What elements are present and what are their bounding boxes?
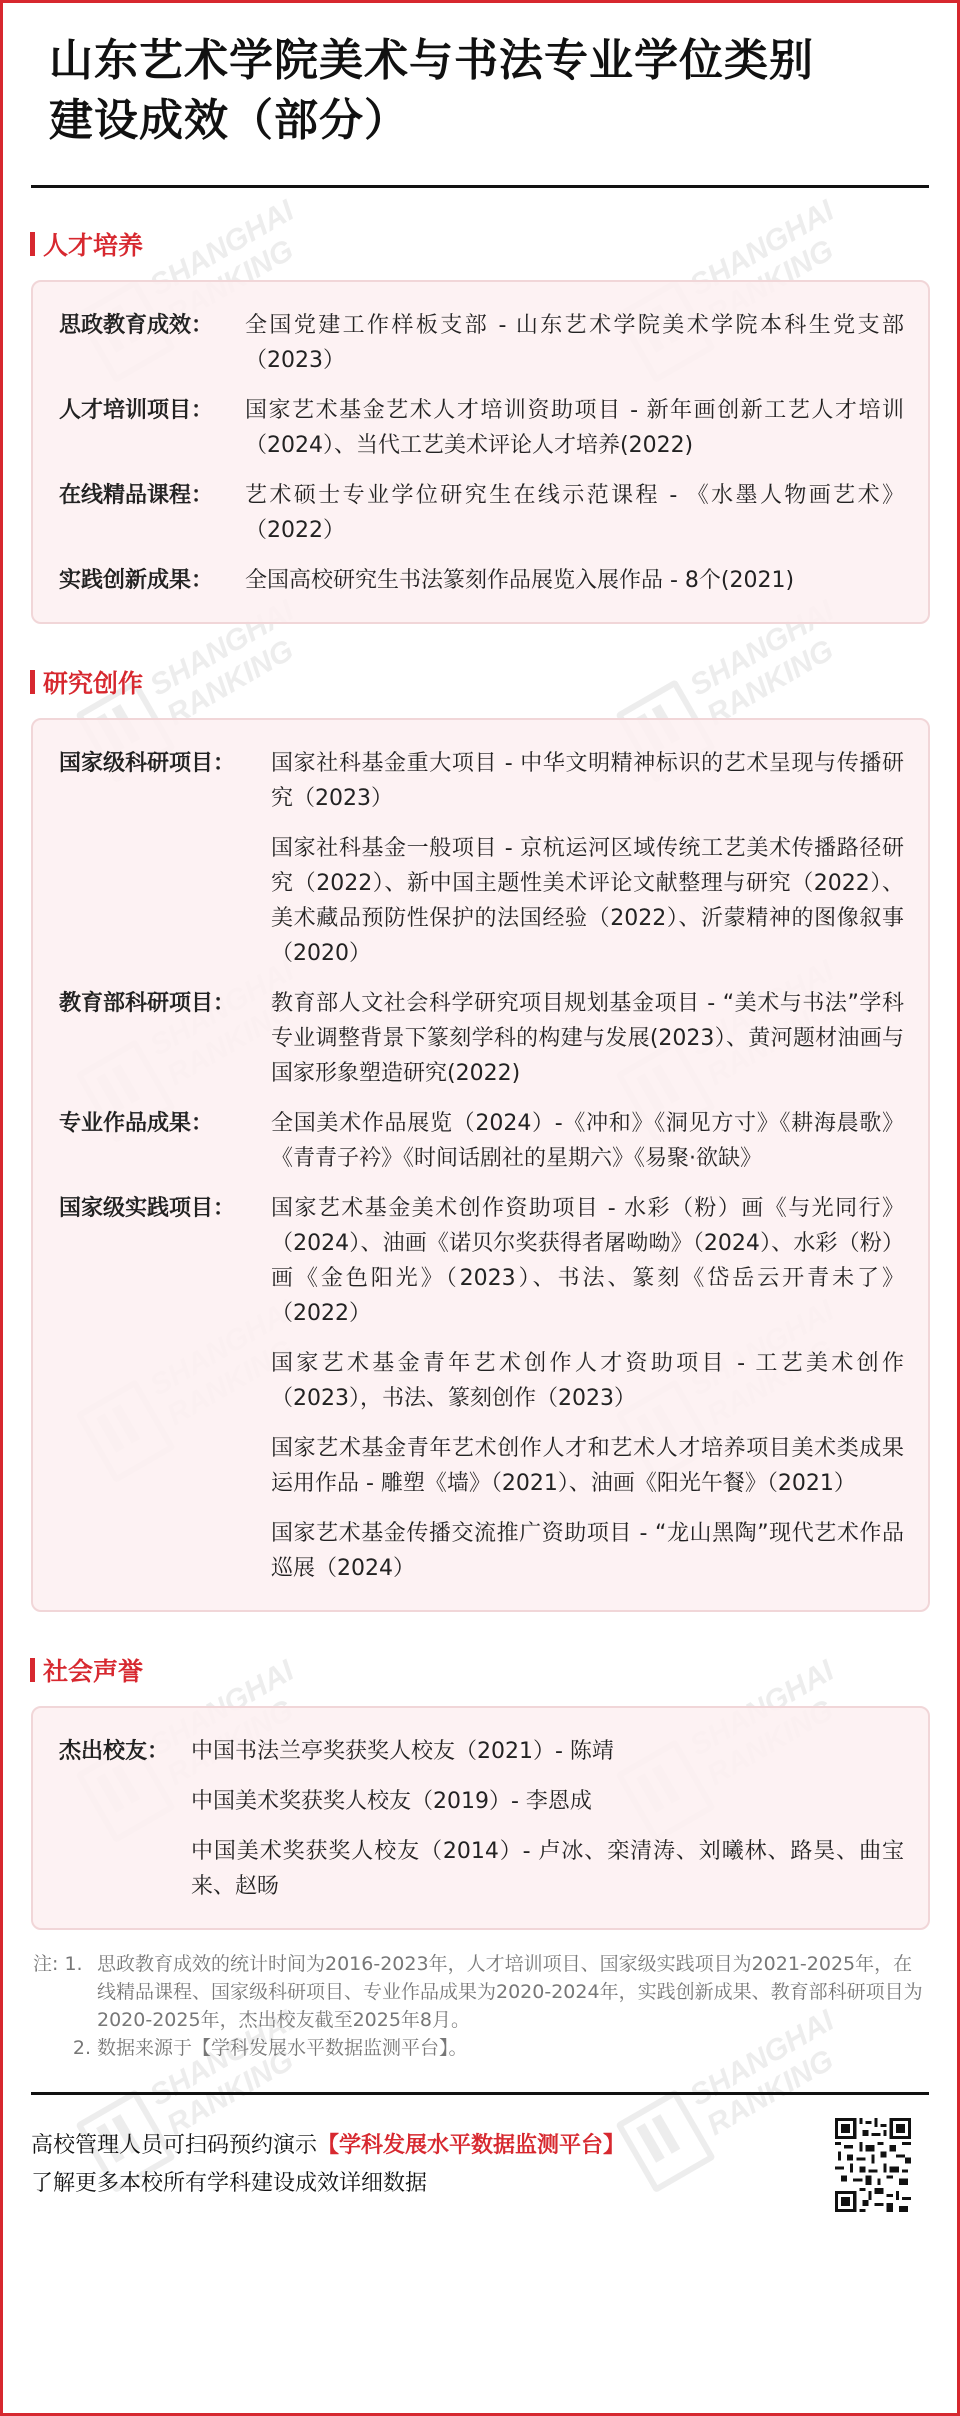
footnote-2: 2. 数据来源于【学科发展水平数据监测平台】。 xyxy=(33,2034,927,2062)
platform-link[interactable]: 【学科发展水平数据监测平台】 xyxy=(317,2133,625,2158)
section-heading-research: 研究创作 xyxy=(30,664,957,700)
list-item: 国家艺术基金青年艺术创作人才资助项目 - 工艺美术创作（2023），书法、篆刻创… xyxy=(59,1346,904,1416)
section-card-research: 国家级科研项目：国家社科基金重大项目 - 中华文明精神标识的艺术呈现与传播研究（… xyxy=(31,718,930,1612)
section-card-talent: 思政教育成效：全国党建工作样板支部 - 山东艺术学院美术学院本科生党支部（202… xyxy=(31,280,930,624)
header-divider xyxy=(31,185,929,188)
list-item: 人才培训项目：国家艺术基金艺术人才培训资助项目 - 新年画创新工艺人才培训（20… xyxy=(59,393,904,463)
list-item: 思政教育成效：全国党建工作样板支部 - 山东艺术学院美术学院本科生党支部（202… xyxy=(59,308,904,378)
section-heading-reputation: 社会声誉 xyxy=(30,1652,957,1688)
section-marker-icon xyxy=(30,232,35,256)
list-item: 中国美术奖获奖人校友（2014）- 卢冰、栾清涛、刘曦林、路昊、曲宝来、赵旸 xyxy=(59,1834,904,1904)
page-title-line2: 建设成效（部分） xyxy=(49,95,409,146)
list-item: 国家级科研项目：国家社科基金重大项目 - 中华文明精神标识的艺术呈现与传播研究（… xyxy=(59,746,904,816)
list-item: 杰出校友：中国书法兰亭奖获奖人校友（2021）- 陈靖 xyxy=(59,1734,904,1769)
section-marker-icon xyxy=(30,1658,35,1682)
list-item: 国家社科基金一般项目 - 京杭运河区域传统工艺美术传播路径研究（2022）、新中… xyxy=(59,831,904,971)
footnotes: 注: 1. 思政教育成效的统计时间为2016-2023年，人才培训项目、国家级实… xyxy=(33,1950,927,2062)
list-item: 在线精品课程：艺术硕士专业学位研究生在线示范课程 - 《水墨人物画艺术》（202… xyxy=(59,478,904,548)
list-item: 国家艺术基金传播交流推广资助项目 - “龙山黑陶”现代艺术作品巡展（2024） xyxy=(59,1516,904,1586)
footnote-1: 注: 1. 思政教育成效的统计时间为2016-2023年，人才培训项目、国家级实… xyxy=(33,1950,927,2034)
section-marker-icon xyxy=(30,670,35,694)
footer-divider xyxy=(31,2092,929,2095)
page-title-line1: 山东艺术学院美术与书法专业学位类别 xyxy=(49,35,814,86)
qr-code-icon[interactable] xyxy=(835,2117,911,2213)
page: SHANGHAIRANKING SHANGHAIRANKING SHANGHAI… xyxy=(0,0,960,2416)
list-item: 实践创新成果：全国高校研究生书法篆刻作品展览入展作品 - 8个(2021) xyxy=(59,563,904,598)
footer: 高校管理人员可扫码预约演示【学科发展水平数据监测平台】 了解更多本校所有学科建设… xyxy=(31,2117,929,2213)
list-item: 教育部科研项目：教育部人文社会科学研究项目规划基金项目 - “美术与书法”学科专… xyxy=(59,986,904,1091)
list-item: 中国美术奖获奖人校友（2019）- 李恩成 xyxy=(59,1784,904,1819)
list-item: 国家艺术基金青年艺术创作人才和艺术人才培养项目美术类成果运用作品 - 雕塑《墙》… xyxy=(59,1431,904,1501)
section-heading-talent: 人才培养 xyxy=(30,226,957,262)
list-item: 专业作品成果：全国美术作品展览（2024）-《冲和》《洞见方寸》《耕海晨歌》《青… xyxy=(59,1106,904,1176)
footer-cta: 高校管理人员可扫码预约演示【学科发展水平数据监测平台】 了解更多本校所有学科建设… xyxy=(31,2127,625,2203)
list-item: 国家级实践项目：国家艺术基金美术创作资助项目 - 水彩（粉）画《与光同行》（20… xyxy=(59,1191,904,1331)
page-title: 山东艺术学院美术与书法专业学位类别 建设成效（部分） xyxy=(49,31,957,151)
section-card-reputation: 杰出校友：中国书法兰亭奖获奖人校友（2021）- 陈靖 中国美术奖获奖人校友（2… xyxy=(31,1706,930,1930)
